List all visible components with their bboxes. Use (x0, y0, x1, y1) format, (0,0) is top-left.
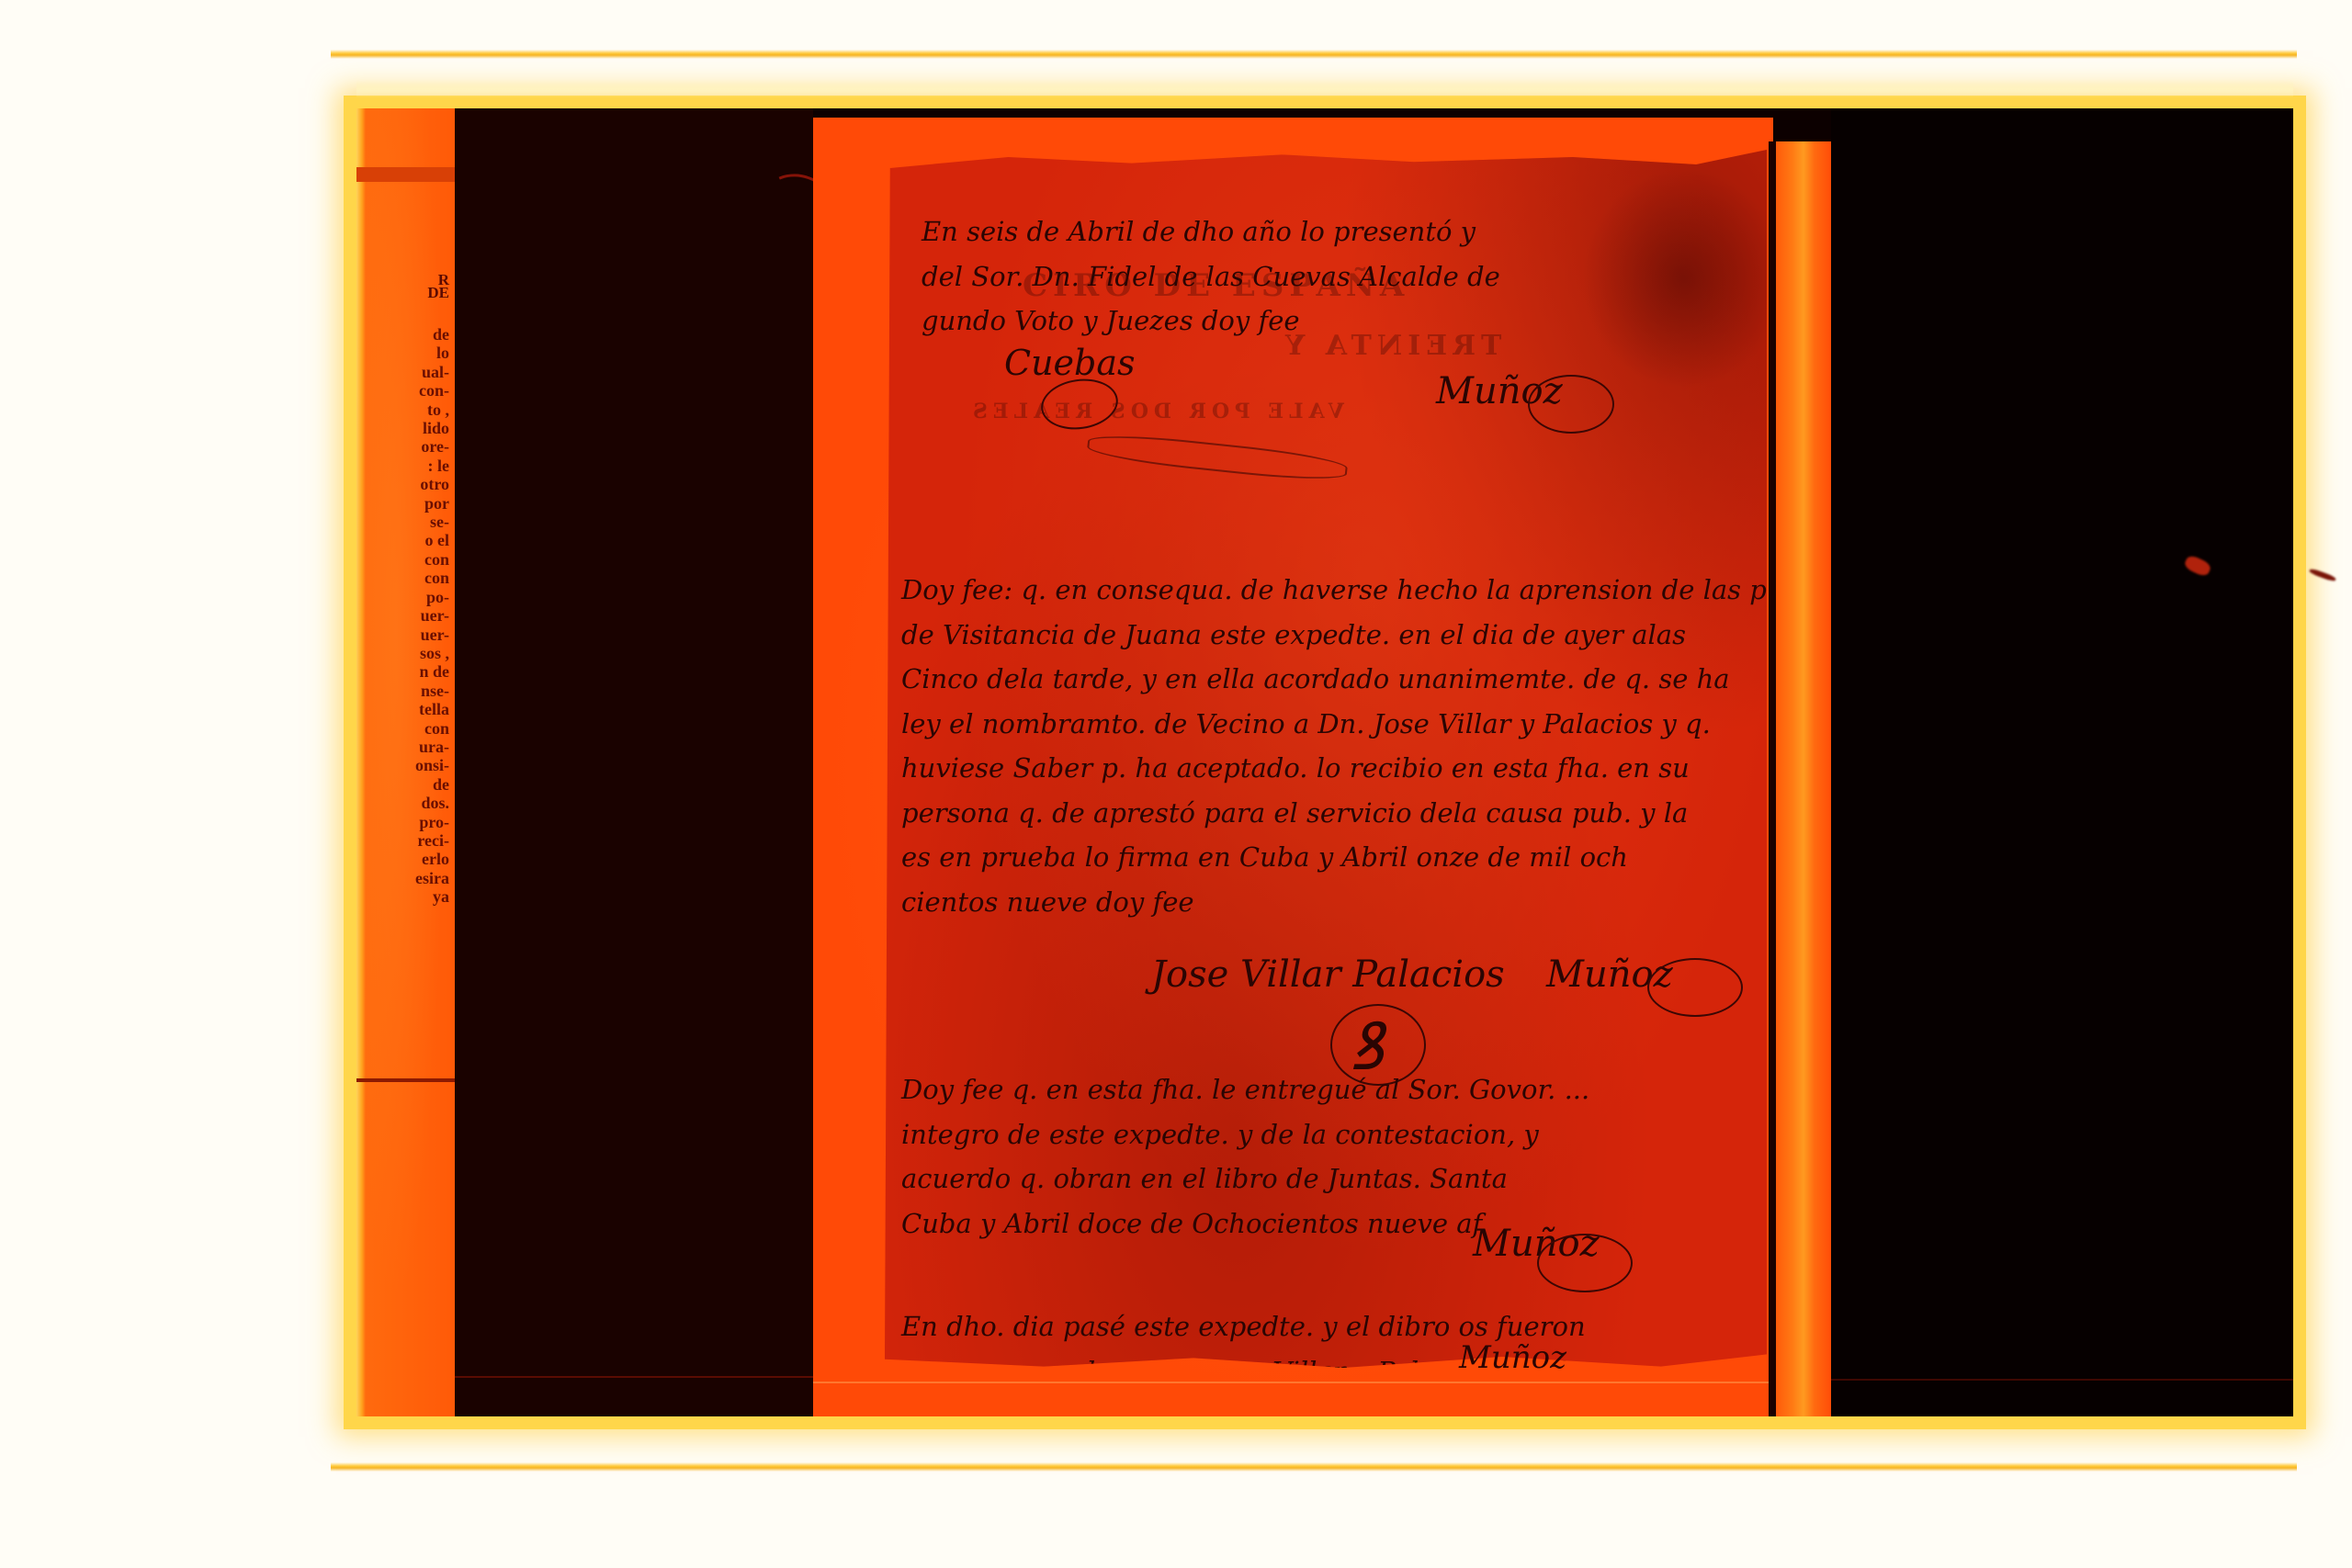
entry-delivery: Doy fee q. en esta fha. le entregué al S… (885, 1074, 1767, 1252)
handwritten-line: Cinco dela tarde, y en ella acordado una… (885, 663, 1767, 708)
handwritten-line: acuerdo q. obran en el libro de Juntas. … (885, 1163, 1767, 1208)
newspaper-line: de (392, 325, 449, 344)
film-holder-rail-bottom (331, 1462, 2297, 1472)
newspaper-line: n de (392, 662, 449, 681)
handwritten-line: En dho. dia pasé este expedte. y el dibr… (885, 1311, 1767, 1356)
newspaper-line: otro (392, 475, 449, 493)
handwritten-line: Doy fee: q. en consequa. de haverse hech… (885, 574, 1767, 619)
signature-munoz: Muñoz (1459, 1339, 1566, 1376)
handwritten-line: de Visitancia de Juana este expedte. en … (885, 619, 1767, 664)
newspaper-line: con (392, 719, 449, 738)
newspaper-line: reci- (392, 831, 449, 850)
newspaper-line: dos. (392, 794, 449, 812)
handwritten-line: ley el nombramto. de Vecino a Dn. Jose V… (885, 708, 1767, 753)
newspaper-strip: R DE deloual-con-to ,lidoore-: leotropor… (356, 108, 455, 1416)
entry-presentation: En seis de Abril de dho año lo presentó … (885, 216, 1767, 350)
film-holder-rail-top (331, 50, 2297, 59)
pen-stroke (1086, 430, 1349, 485)
newspaper-line: con- (392, 381, 449, 400)
hairline (455, 1376, 813, 1378)
handwritten-line: Doy fee q. en esta fha. le entregué al S… (885, 1074, 1767, 1119)
newspaper-line: de (392, 775, 449, 794)
newspaper-fold (356, 1078, 455, 1082)
hairline (1831, 1379, 2293, 1381)
hairline (813, 1382, 1773, 1383)
handwritten-line: cientos nueve doy fee (885, 886, 1767, 931)
newspaper-line: tella (392, 700, 449, 718)
printed-bleedthrough: VALE POR DOS REALES (967, 400, 1344, 423)
newspaper-line: nse- (392, 682, 449, 700)
black-mask-right (1831, 108, 2293, 1416)
newspaper-heading: R DE (427, 274, 449, 299)
newspaper-line: to , (392, 400, 449, 419)
manuscript-page: CIRO DE ESPAÑA TREINTA Y VALE POR DOS RE… (885, 150, 1767, 1371)
handwritten-line: es en prueba lo firma en Cuba y Abril on… (885, 841, 1767, 886)
film-speck (2183, 554, 2212, 578)
newspaper-line: ya (392, 887, 449, 906)
newspaper-line: uer- (392, 606, 449, 625)
newspaper-line: se- (392, 513, 449, 531)
rubric-flourish (1528, 375, 1614, 434)
newspaper-line: uer- (392, 626, 449, 644)
newspaper-line: con (392, 550, 449, 569)
newspaper-line: po- (392, 588, 449, 606)
rubric-flourish (1537, 1234, 1633, 1292)
signature-cuebas: Cuebas (1004, 343, 1136, 383)
handwritten-line: Cuba y Abril doce de Ochocientos nueve a… (885, 1208, 1767, 1253)
page-edge-strip (1776, 141, 1831, 1416)
newspaper-line: lido (392, 419, 449, 437)
newspaper-line: ual- (392, 363, 449, 381)
newspaper-line: sos , (392, 644, 449, 662)
newspaper-line: lo (392, 344, 449, 362)
slide-frame: R DE deloual-con-to ,lidoore-: leotropor… (356, 108, 2293, 1416)
newspaper-line: ura- (392, 738, 449, 756)
newspaper-line: por (392, 494, 449, 513)
newspaper-band (356, 167, 455, 182)
handwritten-line: huviese Saber p. ha aceptado. lo recibio… (885, 752, 1767, 797)
newspaper-line: onsi- (392, 756, 449, 774)
rubric-flourish (1647, 958, 1743, 1017)
heading-line: DE (427, 287, 449, 299)
film-speck (2309, 568, 2336, 582)
handwritten-line: del Sor. Dn. Fidel de las Cuevas Alcalde… (885, 261, 1767, 306)
newspaper-line: o el (392, 531, 449, 549)
rubric-flourish (1038, 374, 1122, 434)
handwritten-line: persona q. de aprestó para el servicio d… (885, 797, 1767, 842)
entry-appointment: Doy fee: q. en consequa. de haverse hech… (885, 574, 1767, 931)
newspaper-line: ore- (392, 437, 449, 456)
black-mask-left (455, 108, 813, 1416)
signature-villar-palacios: Jose Villar Palacios (1151, 953, 1505, 996)
newspaper-line: pro- (392, 813, 449, 831)
newspaper-line: esira (392, 869, 449, 887)
newspaper-line: erlo (392, 850, 449, 868)
slide-photograph: R DE deloual-con-to ,lidoore-: leotropor… (0, 0, 2352, 1568)
newspaper-line: : le (392, 457, 449, 475)
newspaper-line: con (392, 569, 449, 587)
handwritten-line: En seis de Abril de dho año lo presentó … (885, 216, 1767, 261)
newspaper-column: deloual-con-to ,lidoore-: leotroporse-o … (392, 325, 449, 907)
handwritten-line: integro de este expedte. y de la contest… (885, 1119, 1767, 1164)
